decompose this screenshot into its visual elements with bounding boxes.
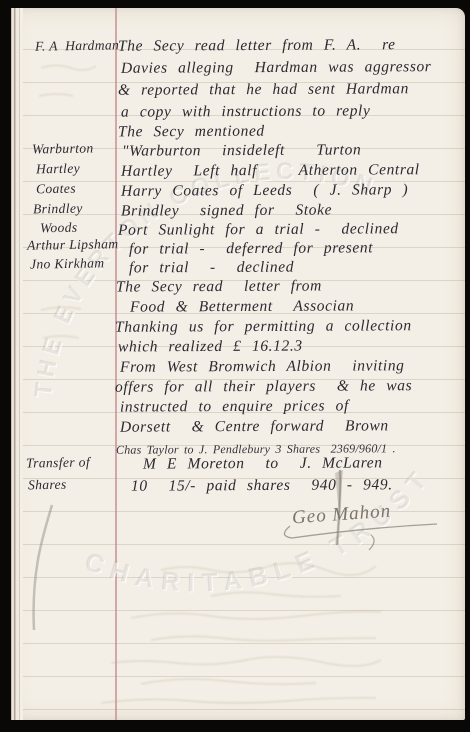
minute-line: for trial - declined	[129, 259, 294, 278]
margin-entry: Woods	[40, 220, 78, 237]
minute-line: a copy with instructions to reply	[121, 102, 371, 121]
margin-entry: Shares	[28, 477, 67, 494]
minute-line: Food & Betterment Associan	[130, 297, 354, 316]
minute-line: The Secy read letter from F. A. re	[118, 36, 396, 55]
margin-entry: Jno Kirkham	[30, 255, 105, 272]
margin-entry: Arthur Lipsham	[27, 236, 119, 254]
minute-line: M E Moreton to J. McLaren	[143, 454, 383, 473]
margin-entry: Transfer of	[26, 454, 90, 471]
minute-line: Harry Coates of Leeds ( J. Sharp )	[121, 181, 408, 201]
signature: Geo Mahon	[291, 501, 392, 530]
margin-entry: Coates	[36, 181, 76, 198]
ledger-page: THE EVERTON COLLECTION THE EVERTON COLLE…	[11, 8, 465, 720]
minute-line: The Secy mentioned	[118, 123, 265, 142]
minute-line: Hartley Left half Atherton Central	[121, 161, 420, 181]
minute-line: Brindley signed for Stoke	[121, 201, 332, 220]
minute-line: The Secy read letter from	[116, 277, 322, 296]
minute-line: From West Bromwich Albion inviting	[120, 357, 405, 376]
minute-line: Davies alleging Hardman was aggressor	[121, 58, 432, 78]
margin-entry: F. A Hardman	[35, 37, 119, 54]
margin-entry: Hartley	[36, 161, 80, 178]
photo-frame: THE EVERTON COLLECTION THE EVERTON COLLE…	[0, 0, 470, 732]
minute-line: "Warburton insideleft Turton	[122, 141, 361, 160]
minute-line: for trial - deferred for present	[129, 239, 373, 258]
binding-edge	[11, 8, 23, 720]
minute-line: instructed to enquire prices of	[120, 397, 349, 416]
minute-line: which realized £ 16.12.3	[118, 338, 303, 357]
margin-entry: Brindley	[33, 201, 83, 218]
margin-rule-line	[115, 8, 117, 720]
minute-line: Port Sunlight for a trial - declined	[118, 220, 399, 239]
minute-line: Dorsett & Centre forward Brown	[120, 417, 389, 436]
minute-line: offers for all their players & he was	[115, 377, 412, 397]
minute-line: 10 15/- paid shares 940 - 949.	[131, 476, 393, 495]
minute-line: Thanking us for permitting a collection	[115, 317, 412, 337]
margin-entry: Warburton	[32, 140, 94, 157]
minute-line: & reported that he had sent Hardman	[118, 80, 409, 100]
